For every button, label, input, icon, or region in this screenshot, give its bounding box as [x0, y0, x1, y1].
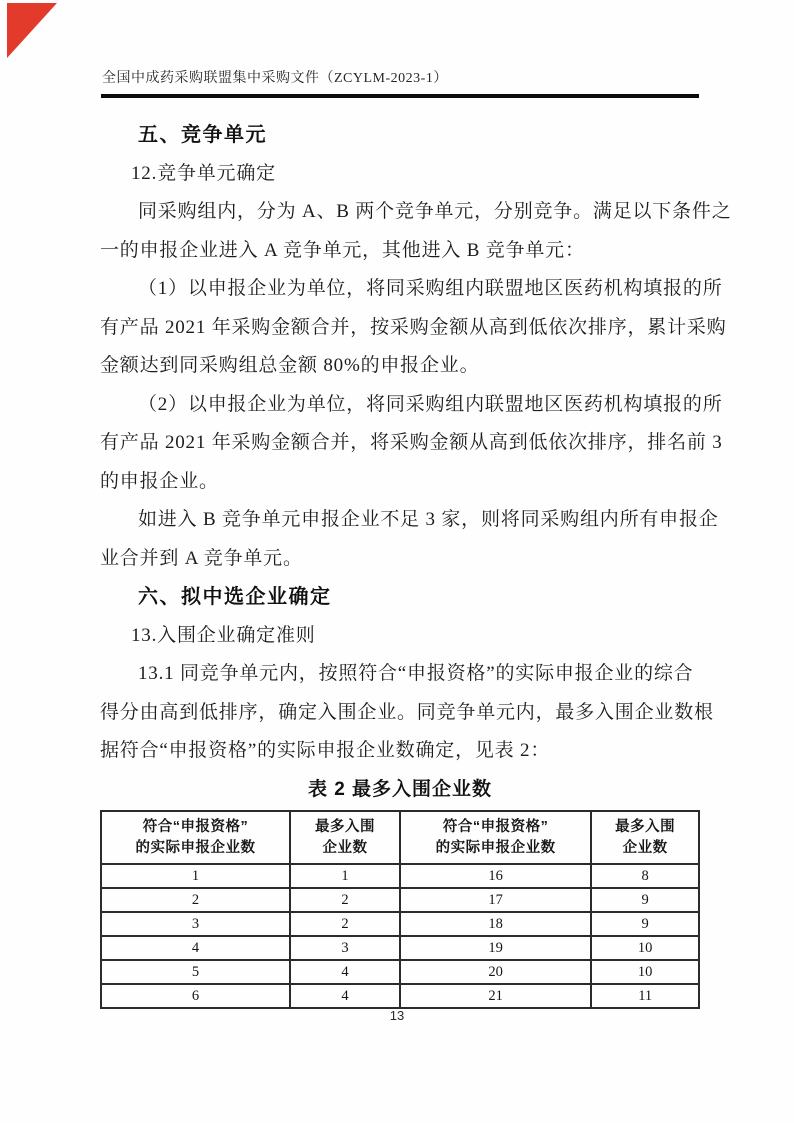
red-corner-ribbon: [7, 3, 57, 58]
body-line: 13.1 同竞争单元内，按照符合“申报资格”的实际申报企业的综合: [100, 655, 700, 694]
header-rule: [101, 94, 699, 98]
body-line: 如进入 B 竞争单元申报企业不足 3 家，则将同采购组内所有申报企: [100, 501, 700, 540]
table-cell: 9: [591, 912, 699, 936]
table-header-cell: 最多入围企业数: [591, 811, 699, 864]
table-cell: 3: [101, 912, 290, 936]
table-header-line: 的实际申报企业数: [102, 838, 289, 859]
table-header-line: 符合“申报资格”: [102, 817, 289, 838]
table-cell: 2: [101, 888, 290, 912]
table-cell: 3: [290, 936, 400, 960]
table-cell: 8: [591, 864, 699, 888]
table-cell: 5: [101, 960, 290, 984]
table-cell: 10: [591, 936, 699, 960]
body-line: （1）以申报企业为单位，将同采购组内联盟地区医药机构填报的所: [100, 270, 700, 309]
table-cell: 1: [290, 864, 400, 888]
body-line: （2）以申报企业为单位，将同采购组内联盟地区医药机构填报的所: [100, 386, 700, 425]
page-header: 全国中成药采购联盟集中采购文件（ZCYLM-2023-1）: [102, 67, 702, 87]
section-heading: 六、拟中选企业确定: [100, 578, 700, 617]
table-cell: 17: [400, 888, 591, 912]
table-cell: 10: [591, 960, 699, 984]
table-header-line: 企业数: [592, 838, 698, 859]
table-row: 11168: [101, 864, 699, 888]
max-shortlist-table: 符合“申报资格”的实际申报企业数最多入围企业数符合“申报资格”的实际申报企业数最…: [100, 810, 700, 1009]
table-header-cell: 最多入围企业数: [290, 811, 400, 864]
table-header-cell: 符合“申报资格”的实际申报企业数: [101, 811, 290, 864]
table-cell: 20: [400, 960, 591, 984]
table-body: 111682217932189431910542010642111: [101, 864, 699, 1008]
table-header-line: 符合“申报资格”: [401, 817, 590, 838]
subsection-heading: 13.入围企业确定准则: [100, 617, 700, 656]
section-heading: 五、竞争单元: [100, 116, 700, 155]
subsection-heading: 12.竞争单元确定: [100, 155, 700, 194]
table-cell: 21: [400, 984, 591, 1008]
table-cell: 16: [400, 864, 591, 888]
body-line: 得分由高到低排序，确定入围企业。同竞争单元内，最多入围企业数根: [100, 694, 700, 733]
table-cell: 4: [290, 960, 400, 984]
table-cell: 2: [290, 912, 400, 936]
document-body: 五、竞争单元12.竞争单元确定同采购组内，分为 A、B 两个竞争单元，分别竞争。…: [100, 116, 700, 809]
table-head-row: 符合“申报资格”的实际申报企业数最多入围企业数符合“申报资格”的实际申报企业数最…: [101, 811, 699, 864]
table-header-line: 最多入围: [291, 817, 399, 838]
table-row: 32189: [101, 912, 699, 936]
document-page: 全国中成药采购联盟集中采购文件（ZCYLM-2023-1） 五、竞争单元12.竞…: [0, 0, 794, 1123]
body-line: 有产品 2021 年采购金额合并，将采购金额从高到低依次排序，排名前 3: [100, 424, 700, 463]
body-line: 业合并到 A 竞争单元。: [100, 540, 700, 579]
page-number: 13: [0, 1008, 794, 1023]
table-header-line: 的实际申报企业数: [401, 838, 590, 859]
table-row: 431910: [101, 936, 699, 960]
body-line: 的申报企业。: [100, 463, 700, 502]
table-cell: 1: [101, 864, 290, 888]
body-line: 有产品 2021 年采购金额合并，按采购金额从高到低依次排序，累计采购: [100, 309, 700, 348]
table-cell: 4: [101, 936, 290, 960]
page-header-text: 全国中成药采购联盟集中采购文件（ZCYLM-2023-1）: [102, 71, 448, 86]
table-cell: 9: [591, 888, 699, 912]
table-cell: 2: [290, 888, 400, 912]
body-line: 同采购组内，分为 A、B 两个竞争单元，分别竞争。满足以下条件之: [100, 193, 700, 232]
table-row: 22179: [101, 888, 699, 912]
table-header-line: 企业数: [291, 838, 399, 859]
table-cell: 18: [400, 912, 591, 936]
table-header-cell: 符合“申报资格”的实际申报企业数: [400, 811, 591, 864]
body-line: 据符合“申报资格”的实际申报企业数确定，见表 2：: [100, 732, 700, 771]
body-line: 一的申报企业进入 A 竞争单元，其他进入 B 竞争单元：: [100, 232, 700, 271]
body-line: 金额达到同采购组总金额 80%的申报企业。: [100, 347, 700, 386]
table-cell: 6: [101, 984, 290, 1008]
table-row: 542010: [101, 960, 699, 984]
table-header-line: 最多入围: [592, 817, 698, 838]
table-cell: 19: [400, 936, 591, 960]
table-cell: 4: [290, 984, 400, 1008]
table-row: 642111: [101, 984, 699, 1008]
table-cell: 11: [591, 984, 699, 1008]
table-title: 表 2 最多入围企业数: [100, 771, 700, 810]
